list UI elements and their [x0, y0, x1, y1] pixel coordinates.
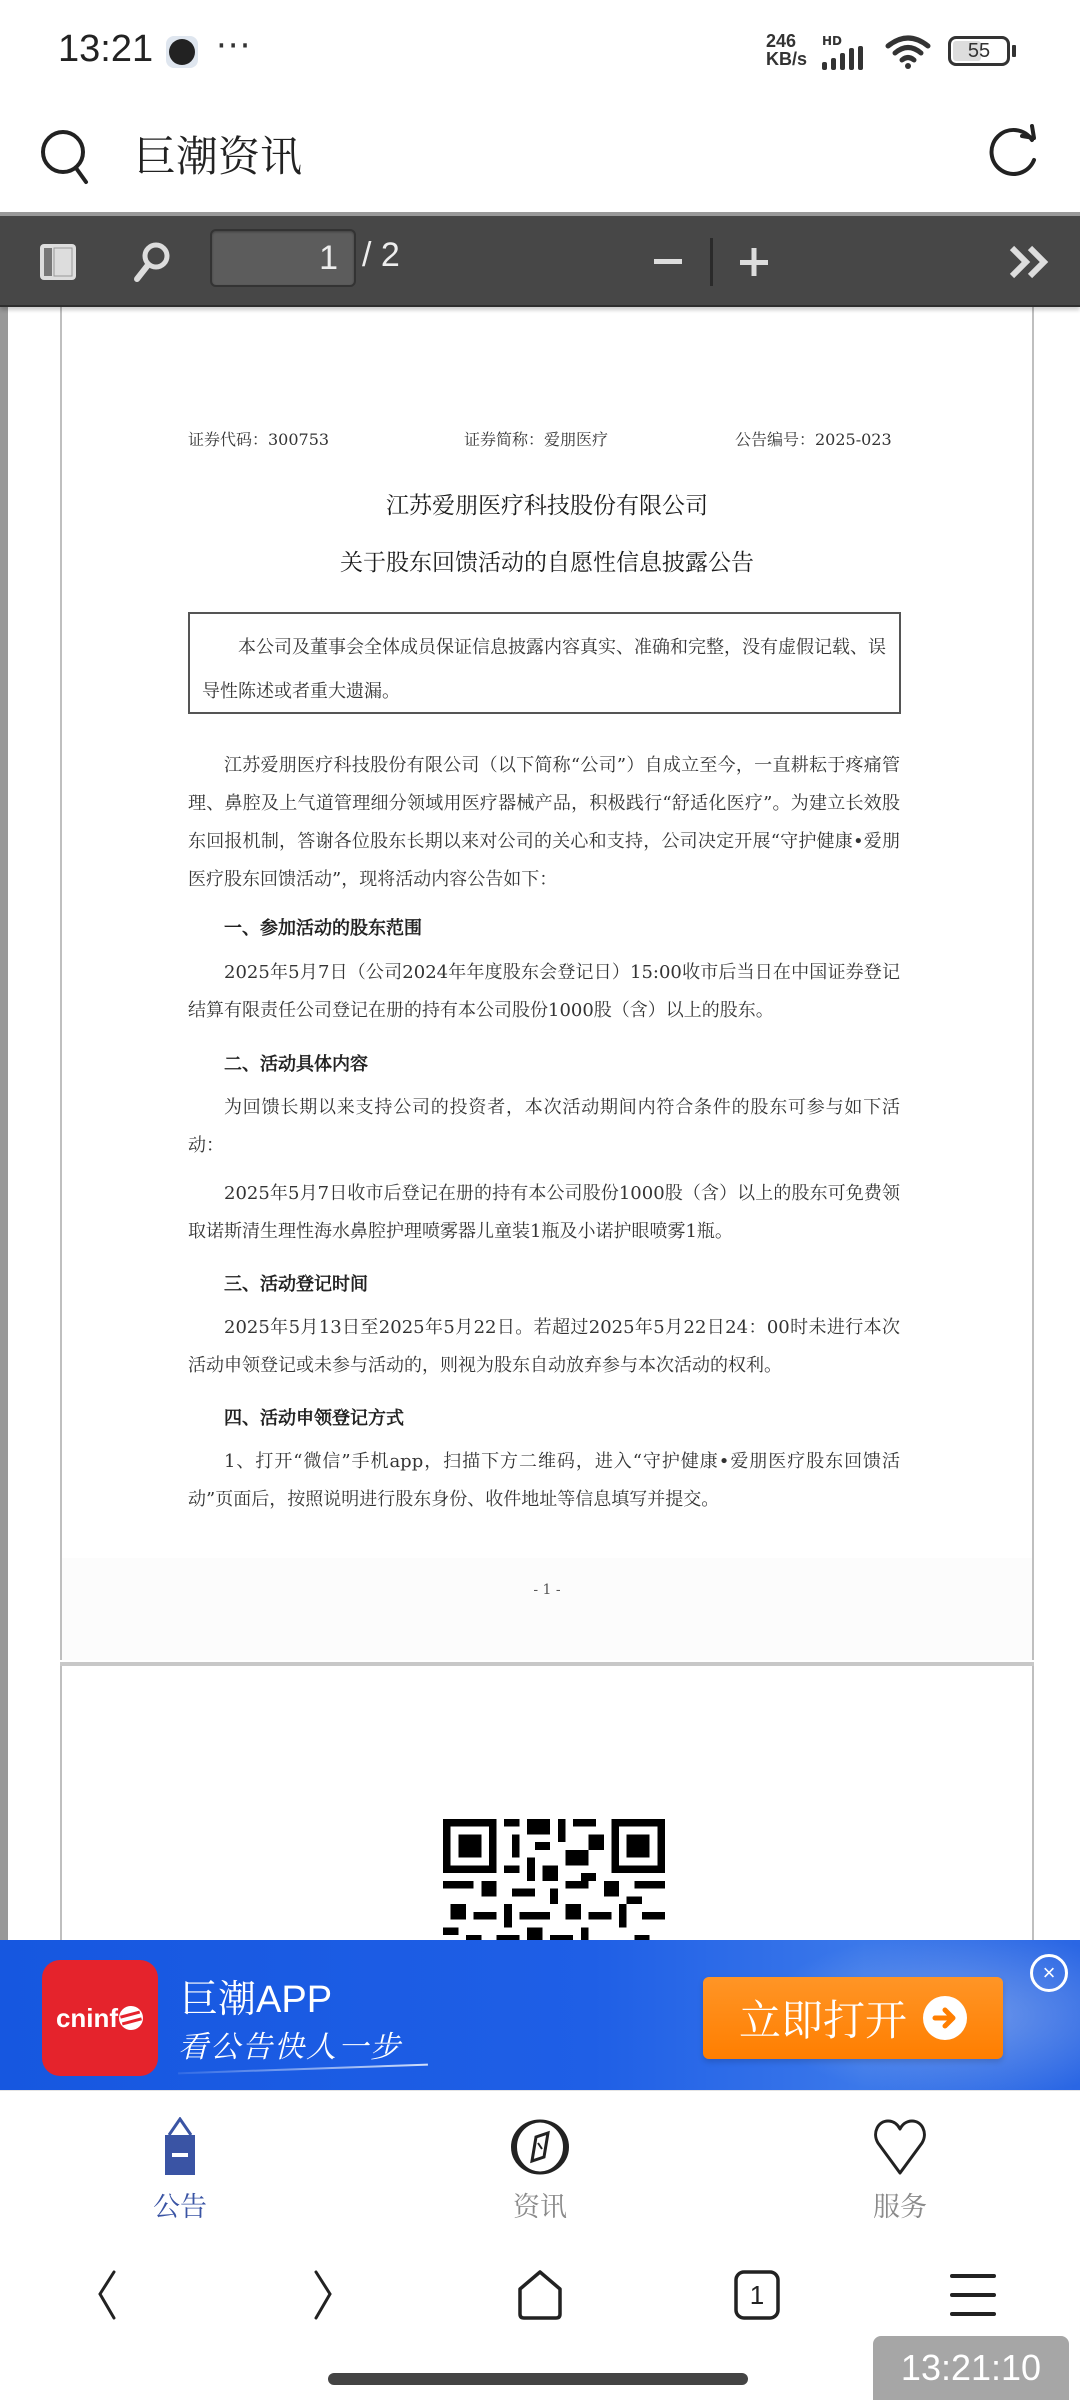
tabs-button[interactable]: 1 — [722, 2260, 792, 2330]
home-indicator[interactable] — [328, 2373, 748, 2385]
chevron-left-icon — [92, 2270, 122, 2320]
minus-icon — [652, 258, 684, 266]
double-chevron-right-icon — [1008, 244, 1052, 280]
close-banner-button[interactable]: × — [1030, 1954, 1068, 1992]
home-icon — [515, 2269, 565, 2321]
plus-icon — [738, 246, 770, 278]
open-app-button[interactable]: 立即打开 — [703, 1977, 1003, 2059]
compass-icon — [510, 2117, 570, 2177]
open-app-label: 立即打开 — [739, 1988, 907, 2048]
section-paragraph: 为回馈长期以来支持公司的投资者，本次活动期间内符合条件的股东可参与如下活动： — [188, 1089, 900, 1165]
section-heading: 一、参加活动的股东范围 — [224, 914, 422, 940]
bottom-tab-bar: 公告 资讯 服务 — [0, 2090, 1080, 2220]
zoom-in-button[interactable] — [726, 216, 782, 307]
pdf-document-area[interactable]: 证券代码：300753 证券简称：爱朋医疗 公告编号：2025-023 江苏爱朋… — [8, 307, 1080, 1940]
heart-icon — [870, 2117, 930, 2177]
tab-announcements[interactable]: 公告 — [80, 2091, 280, 2221]
page-count: / 2 — [362, 236, 400, 275]
section-paragraph: 1、打开“微信”手机app，扫描下方二维码，进入“守护健康•爱朋医疗股东回馈活动… — [188, 1443, 900, 1519]
chevron-right-icon — [308, 2270, 338, 2320]
toolbar-divider — [710, 238, 713, 286]
battery-level: 55 — [951, 39, 1007, 63]
network-speed: 246 KB/s — [766, 32, 807, 68]
pdf-page-1: 证券代码：300753 证券简称：爱朋医疗 公告编号：2025-023 江苏爱朋… — [60, 307, 1034, 1660]
declaration-box: 本公司及董事会全体成员保证信息披露内容真实、准确和完整，没有虚假记载、误导性陈述… — [188, 612, 901, 714]
section-heading: 二、活动具体内容 — [224, 1050, 368, 1076]
back-button[interactable] — [72, 2260, 142, 2330]
tab-label: 公告 — [80, 2185, 280, 2224]
company-title: 江苏爱朋医疗科技股份有限公司 — [62, 487, 1032, 520]
tab-label: 服务 — [800, 2185, 1000, 2224]
sidebar-toggle-button[interactable] — [30, 216, 86, 307]
forward-button[interactable] — [288, 2260, 358, 2330]
logo-mark-icon — [118, 2005, 144, 2031]
status-time: 13:21 — [58, 28, 153, 71]
section-paragraph: 2025年5月7日（公司2024年年度股东会登记日）15:00收市后当日在中国证… — [188, 954, 900, 1030]
qr-code-image — [443, 1819, 665, 1940]
menu-button[interactable] — [938, 2260, 1008, 2330]
logo-text: cninf — [56, 2003, 118, 2034]
sidebar-icon — [38, 242, 78, 282]
tools-menu-button[interactable] — [1000, 216, 1060, 307]
find-button[interactable] — [124, 216, 180, 307]
tab-news[interactable]: 资讯 — [440, 2091, 640, 2221]
clock-app-icon — [166, 36, 198, 68]
section-paragraph: 2025年5月7日收市后登记在册的持有本公司股份1000股（含）以上的股东可免费… — [188, 1175, 900, 1251]
pdf-viewer: 1 / 2 证券代码：300753 证券简称：爱朋医疗 公告编号：2025-02… — [0, 212, 1080, 1940]
network-speed-unit: KB/s — [766, 50, 807, 68]
battery-icon: 55 — [948, 36, 1010, 66]
announcement-title: 关于股东回馈活动的自愿性信息披露公告 — [62, 544, 1032, 577]
pdf-page-2 — [60, 1666, 1034, 1940]
tab-services[interactable]: 服务 — [800, 2091, 1000, 2221]
announcement-number: 公告编号：2025-023 — [735, 427, 892, 450]
page-number: - 1 - — [62, 1582, 1032, 1598]
promo-title: 巨潮APP — [180, 1968, 332, 2023]
status-bar: 13:21 ··· 246 KB/s HD 55 — [0, 0, 1080, 100]
tab-count: 1 — [750, 2280, 764, 2311]
promo-slogan: 看公告快人一步 — [178, 2022, 402, 2066]
wifi-icon — [884, 34, 932, 70]
app-header: 巨潮资讯 — [0, 100, 1080, 212]
cninfo-logo: cninf — [42, 1960, 158, 2076]
timestamp-overlay: 13:21:10 — [873, 2336, 1069, 2400]
more-notifications-icon: ··· — [216, 26, 251, 66]
app-promo-banner[interactable]: cninf 巨潮APP 看公告快人一步 立即打开 × — [0, 1940, 1080, 2090]
app-title: 巨潮资讯 — [134, 124, 302, 184]
stock-abbreviation: 证券简称：爱朋医疗 — [464, 427, 608, 450]
page-footer: - 1 - — [62, 1558, 1032, 1660]
menu-icon — [950, 2272, 996, 2318]
announcement-icon — [150, 2117, 210, 2177]
network-speed-value: 246 — [766, 32, 807, 50]
intro-paragraph: 江苏爱朋医疗科技股份有限公司（以下简称“公司”）自成立至今，一直耕耘于疼痛管理、… — [188, 747, 900, 899]
section-paragraph: 2025年5月13日至2025年5月22日。若超过2025年5月22日24：00… — [188, 1309, 900, 1385]
find-icon — [132, 240, 172, 284]
battery-tip — [1012, 45, 1016, 57]
search-icon[interactable] — [38, 126, 94, 186]
zoom-out-button[interactable] — [640, 216, 696, 307]
cellular-signal-icon — [822, 46, 872, 70]
section-heading: 三、活动登记时间 — [224, 1270, 368, 1296]
stock-code: 证券代码：300753 — [188, 427, 329, 450]
section-heading: 四、活动申领登记方式 — [224, 1404, 404, 1430]
tab-label: 资讯 — [440, 2185, 640, 2224]
refresh-icon[interactable] — [982, 122, 1044, 184]
home-button[interactable] — [505, 2260, 575, 2330]
arrow-right-icon — [923, 1996, 967, 2040]
pdf-toolbar: 1 / 2 — [0, 212, 1080, 307]
page-number-input[interactable]: 1 — [210, 229, 356, 287]
